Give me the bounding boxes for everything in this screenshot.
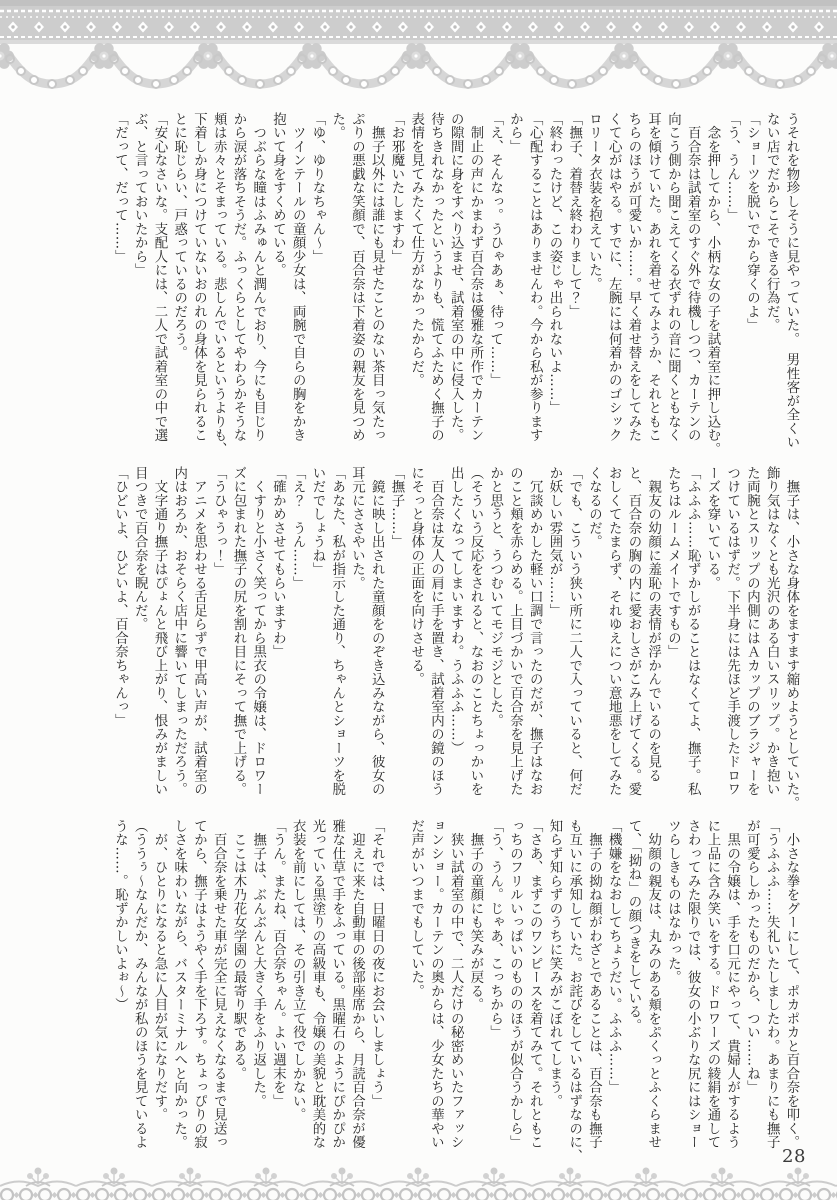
book-page: うそれを物珍しそうに見やっていた。 男性客が全くい ない店でだからこそできる行為… <box>0 0 837 1200</box>
page-number: 28 <box>782 1146 806 1167</box>
lace-border-top <box>0 0 837 94</box>
text-band-bottom: 小さな拳をグーにして、ポカポカと百合奈を叩く。 「うふふふ……失礼いたしましたわ… <box>107 819 801 1167</box>
lace-border-bottom <box>0 1166 837 1200</box>
text-band-middle: 撫子は、小さな身体をますます縮めようとしていた。 飾り気はなくとも光沢のある白い… <box>107 466 801 814</box>
text-band-top: うそれを物珍しそうに見やっていた。 男性客が全くい ない店でだからこそできる行為… <box>107 112 801 460</box>
